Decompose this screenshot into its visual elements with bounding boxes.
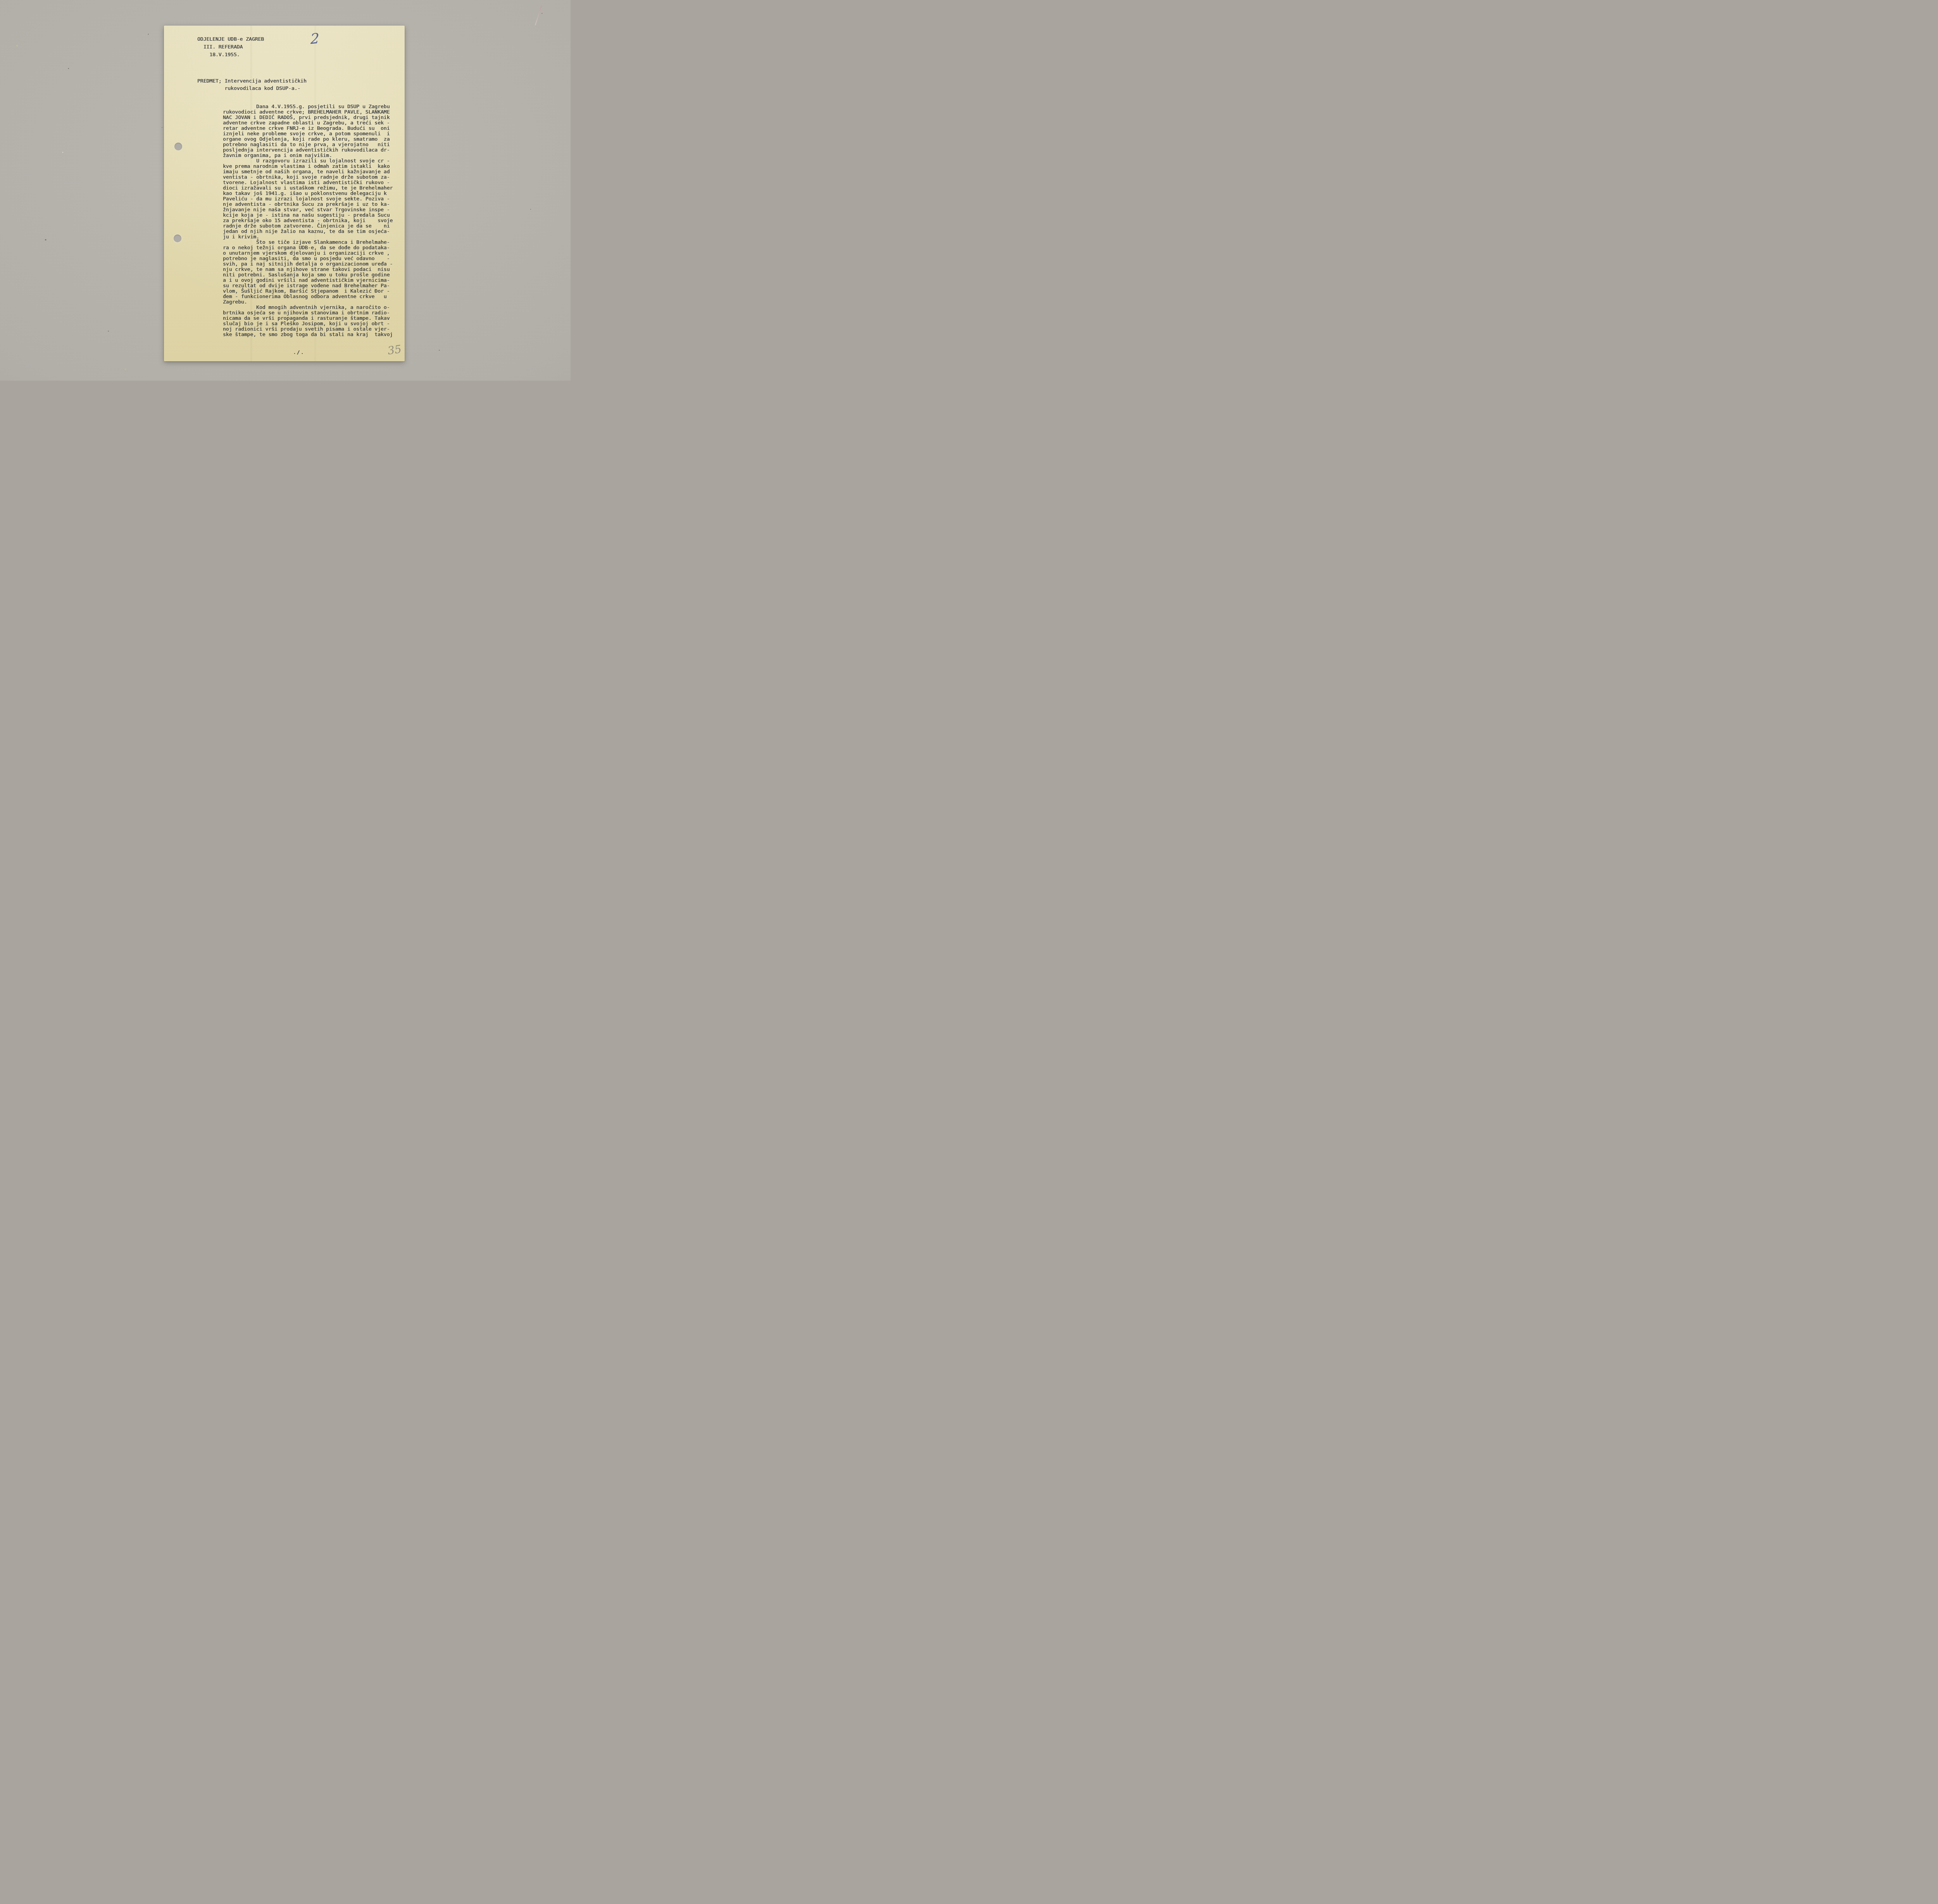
- backdrop-scratch-mark: [535, 6, 542, 25]
- document-page: ODJELENJE UDB-e ZAGREB III. REFERADA 18.…: [164, 26, 405, 361]
- handwritten-archive-number: 35: [387, 343, 402, 357]
- letterhead: ODJELENJE UDB-e ZAGREB III. REFERADA 18.…: [197, 36, 264, 59]
- subject-block: PREDMET; Intervencija adventističkih ruk…: [197, 78, 307, 92]
- continuation-mark: ./.: [293, 350, 304, 355]
- punch-hole-top: [174, 143, 182, 150]
- body-text: Dana 4.V.1955.g. posjetili su DSUP u Zag…: [223, 104, 393, 338]
- handwritten-page-number: 2: [310, 31, 319, 48]
- scanner-background: ODJELENJE UDB-e ZAGREB III. REFERADA 18.…: [0, 0, 571, 381]
- punch-hole-bottom: [174, 235, 181, 242]
